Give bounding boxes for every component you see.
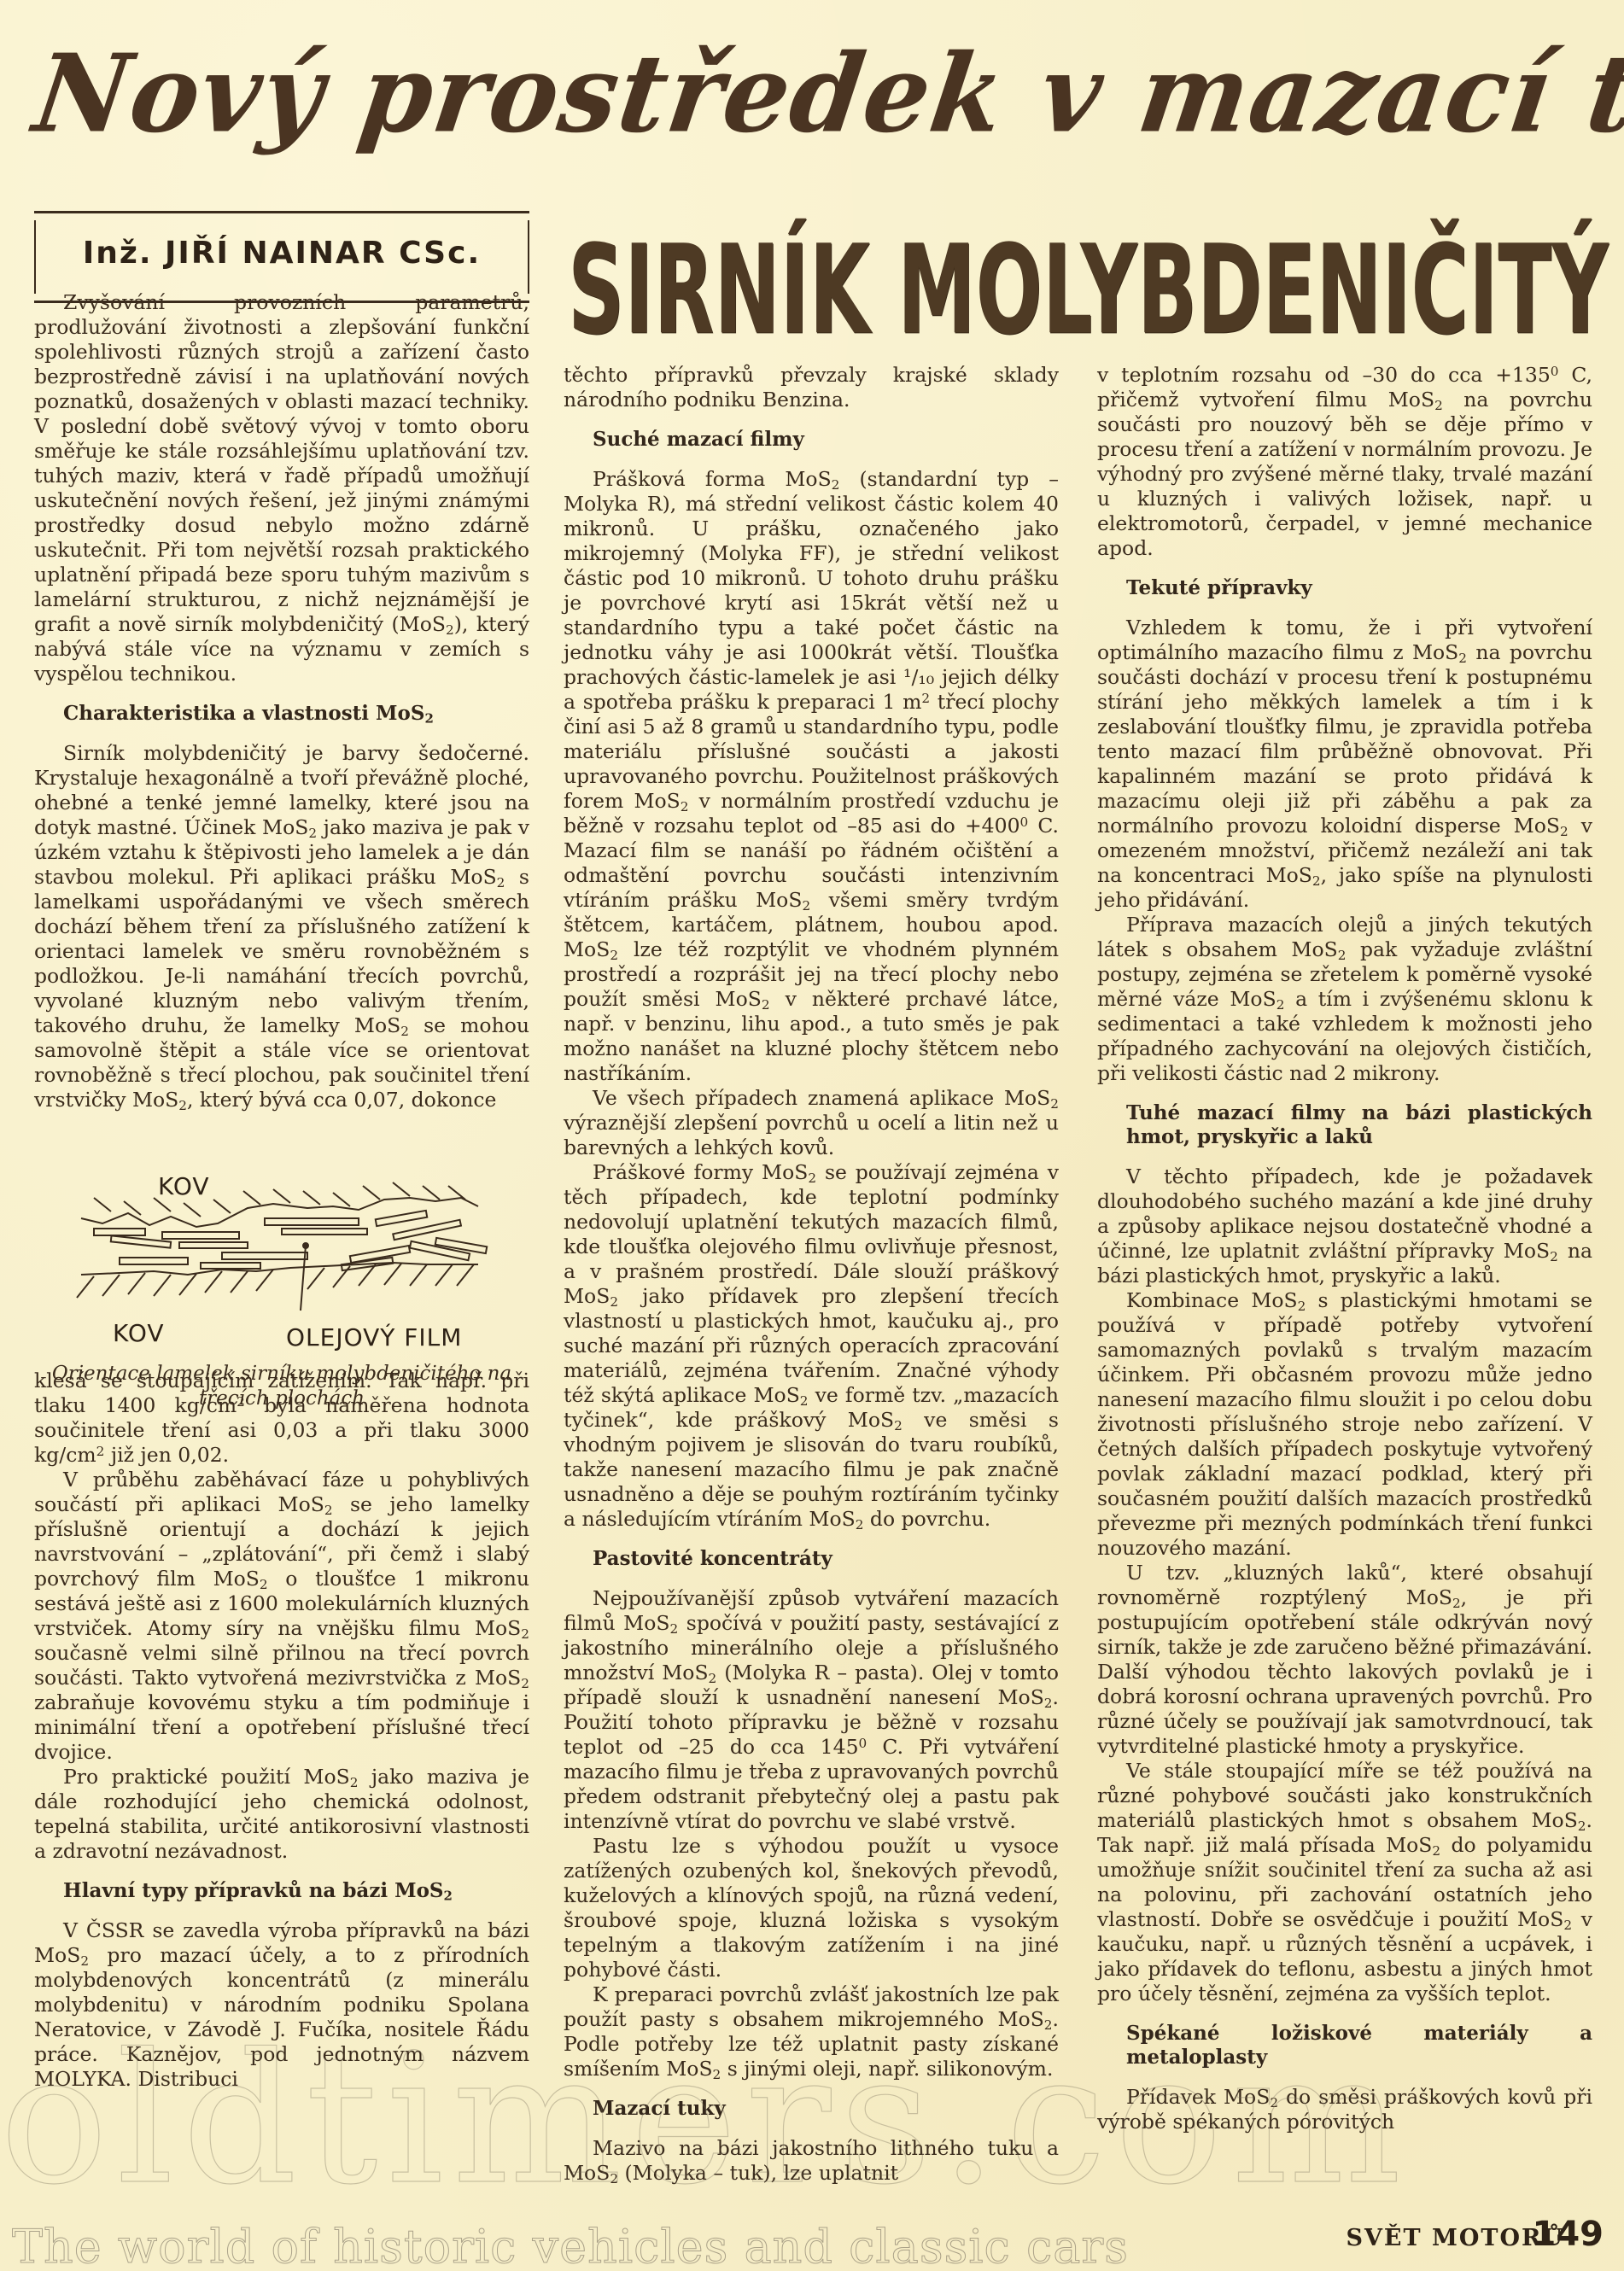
paragraph: Nejpoužívanější způsob vytváření mazacíc…	[564, 1586, 1059, 1834]
paragraph: těchto přípravků převzaly krajské sklady…	[564, 363, 1059, 412]
byline-box: Inž. JIŘÍ NAINAR CSc.	[34, 211, 529, 303]
paragraph: Kombinace MoS2 s plastickými hmotami se …	[1097, 1288, 1592, 1561]
section-heading: Hlavní typy přípravků na bázi MoS2	[34, 1879, 529, 1903]
paragraph: U tzv. „kluzných laků“, které obsahují r…	[1097, 1561, 1592, 1759]
paragraph: Práškové formy MoS2 se používají zejména…	[564, 1160, 1059, 1532]
label-metal-bottom: KOV	[113, 1319, 165, 1347]
paragraph: V průběhu zaběhávací fáze u pohyblivých …	[34, 1468, 529, 1765]
paragraph: Ve všech případech znamená aplikace MoS2…	[564, 1086, 1059, 1160]
paragraph: Příprava mazacích olejů a jiných tekutýc…	[1097, 913, 1592, 1086]
section-heading: Pastovité koncentráty	[564, 1547, 1059, 1571]
section-heading: Spékané ložiskové materiály a metaloplas…	[1097, 2022, 1592, 2070]
section-heading: Suché mazací filmy	[564, 428, 1059, 452]
column-3: v teplotním rozsahu od –30 do cca +1350 …	[1097, 363, 1592, 2134]
article-title: SIRNÍK MOLYBDENIČITÝ	[568, 218, 1377, 364]
paragraph: Přídavek MoS2 do směsi práškových kovů p…	[1097, 2085, 1592, 2134]
lamellae-diagram: KOV KOV OLEJOVÝ FILM	[34, 1157, 529, 1379]
paragraph: V ČSSR se zavedla výroba přípravků na bá…	[34, 1918, 529, 2092]
paragraph: Pastu lze s výhodou použít u vysoce zatí…	[564, 1834, 1059, 1982]
section-heading: Tuhé mazací filmy na bázi plastických hm…	[1097, 1101, 1592, 1149]
page-number: 149	[1533, 2215, 1604, 2254]
handwritten-title: Nový prostředek v mazací technice –	[23, 31, 1615, 184]
paragraph: Pro praktické použití MoS2 jako maziva j…	[34, 1765, 529, 1864]
paragraph: V těchto případech, kde je požadavek dlo…	[1097, 1165, 1592, 1288]
section-heading: Tekuté přípravky	[1097, 576, 1592, 600]
paragraph: Sirník molybdeničitý je barvy šedočerné.…	[34, 741, 529, 1112]
paragraph: Mazivo na bázi jakostního lithného tuku …	[564, 2136, 1059, 2186]
paragraph: v teplotním rozsahu od –30 do cca +1350 …	[1097, 363, 1592, 561]
paragraph: Ve stále stoupající míře se též používá …	[1097, 1759, 1592, 2006]
paragraph: Zvyšování provozních parametrů, prodlužo…	[34, 290, 529, 686]
paragraph: K preparaci povrchů zvlášť jakostních lz…	[564, 1982, 1059, 2081]
author-byline: Inž. JIŘÍ NAINAR CSc.	[34, 236, 529, 271]
paragraph: Prášková forma MoS2 (standardní typ – Mo…	[564, 467, 1059, 1086]
section-heading: Charakteristika a vlastnosti MoS2	[34, 702, 529, 726]
label-metal-top: KOV	[158, 1172, 210, 1200]
figure-caption: Orientace lamelek sirníku molybdeničitéh…	[34, 1362, 529, 1411]
section-heading: Mazací tuky	[564, 2097, 1059, 2121]
label-oil-film: OLEJOVÝ FILM	[286, 1323, 462, 1352]
column-2: těchto přípravků převzaly krajské sklady…	[564, 363, 1059, 2186]
paragraph: Vzhledem k tomu, že i při vytvoření opti…	[1097, 616, 1592, 913]
watermark-tagline: The world of historic vehicles and class…	[12, 2220, 1129, 2271]
